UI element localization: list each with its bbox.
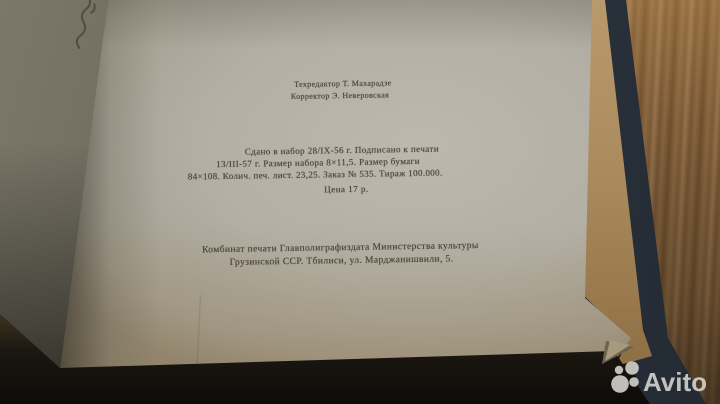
avito-watermark: Avito <box>610 357 718 399</box>
avito-watermark-text: Avito <box>643 367 707 397</box>
avito-logo-icon <box>611 361 639 393</box>
imprint-line-3: 84×108. Колич. печ. лист. 23,25. Заказ №… <box>188 168 443 182</box>
tech-editor-line: Техредактор Т. Махарадзе <box>294 78 391 89</box>
price-line: Цена 17 р. <box>324 184 369 195</box>
printing-house-line-1: Комбинат печати Главполиграфиздата Минис… <box>202 241 479 255</box>
book-photo: Техредактор Т. Махарадзе Корректор Э. Не… <box>0 0 720 404</box>
imprint-line-1: Сдано в набор 28/IX-56 г. Подписано к пе… <box>245 144 439 157</box>
corrector-line: Корректор Э. Неверовская <box>291 90 389 101</box>
printing-house-line-2: Грузинской ССР. Тбилиси, ул. Марджанишви… <box>230 254 454 268</box>
imprint-line-2: 13/III-57 г. Размер набора 8×11,5. Разме… <box>216 156 420 169</box>
